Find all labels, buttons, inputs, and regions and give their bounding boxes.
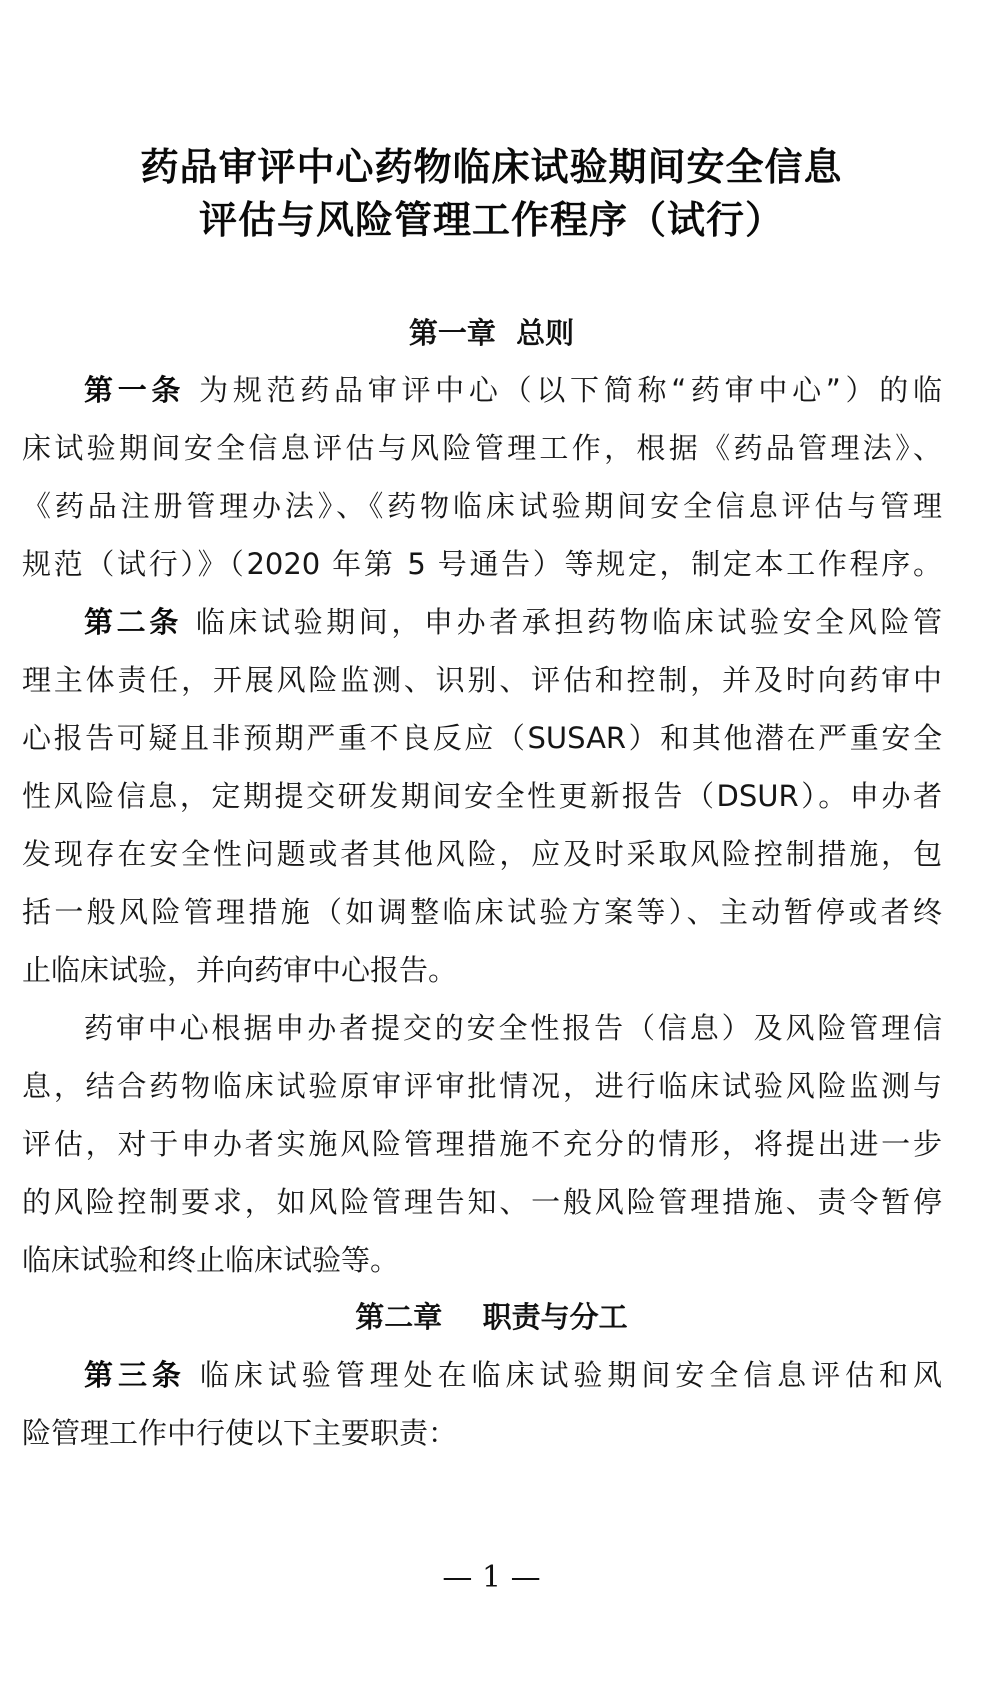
article-3-line-2: 险管理工作中行使以下主要职责： — [22, 1413, 942, 1453]
paragraph-3-line-4: 的风险控制要求，如风险管理告知、一般风险管理措施、责令暂停 — [22, 1182, 942, 1222]
article-2-line-7: 止临床试验，并向药审中心报告。 — [22, 950, 942, 990]
article-2-line-4: 性风险信息，定期提交研发期间安全性更新报告（DSUR）。申办者 — [22, 776, 942, 816]
document-title-line-2: 评估与风险管理工作程序（试行） — [0, 196, 983, 244]
article-1-line-2: 床试验期间安全信息评估与风险管理工作，根据《药品管理法》、 — [22, 428, 942, 468]
article-1-line-4: 规范（试行）》（2020 年第 5 号通告）等规定，制定本工作程序。 — [22, 544, 942, 584]
article-3-line-1: 第三条临床试验管理处在临床试验期间安全信息评估和风 — [84, 1355, 942, 1395]
document-page: 药品审评中心药物临床试验期间安全信息 评估与风险管理工作程序（试行） 第一章 总… — [0, 0, 983, 1697]
article-1-line-1: 第一条为规范药品审评中心（以下简称“药审中心”）的临 — [84, 370, 942, 410]
article-2-text-1: 临床试验期间，申办者承担药物临床试验安全风险管 — [196, 605, 942, 639]
paragraph-3-line-1: 药审中心根据申办者提交的安全性报告（信息）及风险管理信 — [84, 1008, 942, 1048]
article-3-label: 第三条 — [84, 1358, 186, 1392]
page-number: — 1 — — [0, 1558, 983, 1598]
article-2-line-6: 括一般风险管理措施（如调整临床试验方案等）、主动暂停或者终 — [22, 892, 942, 932]
article-2-label: 第二条 — [84, 605, 182, 639]
article-2-line-5: 发现存在安全性问题或者其他风险，应及时采取风险控制措施，包 — [22, 834, 942, 874]
paragraph-3-line-5: 临床试验和终止临床试验等。 — [22, 1240, 942, 1280]
article-1-line-3: 《药品注册管理办法》、《药物临床试验期间安全信息评估与管理 — [22, 486, 942, 526]
article-2-line-1: 第二条临床试验期间，申办者承担药物临床试验安全风险管 — [84, 602, 942, 642]
chapter-2-heading: 第二章 职责与分工 — [0, 1297, 983, 1337]
paragraph-3-line-2: 息，结合药物临床试验原审评审批情况，进行临床试验风险监测与 — [22, 1066, 942, 1106]
article-1-text-1: 为规范药品审评中心（以下简称“药审中心”）的临 — [199, 373, 942, 407]
document-title-line-1: 药品审评中心药物临床试验期间安全信息 — [0, 143, 983, 191]
paragraph-3-line-3: 评估，对于申办者实施风险管理措施不充分的情形，将提出进一步 — [22, 1124, 942, 1164]
article-3-text-1: 临床试验管理处在临床试验期间安全信息评估和风 — [200, 1358, 942, 1392]
article-1-label: 第一条 — [84, 373, 185, 407]
chapter-1-heading: 第一章 总则 — [0, 313, 983, 353]
article-2-line-3: 心报告可疑且非预期严重不良反应（SUSAR）和其他潜在严重安全 — [22, 718, 942, 758]
article-2-line-2: 理主体责任，开展风险监测、识别、评估和控制，并及时向药审中 — [22, 660, 942, 700]
